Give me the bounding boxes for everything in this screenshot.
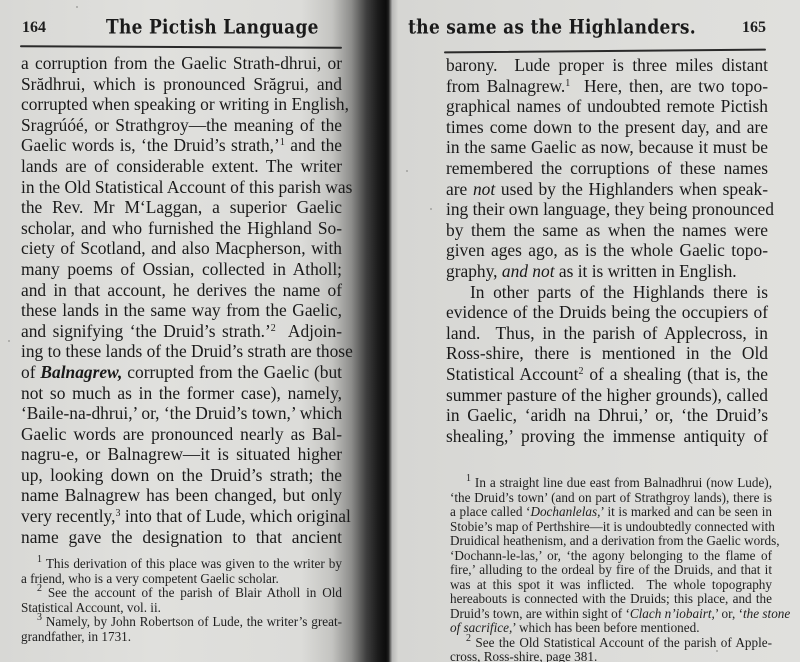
paper-speck [42,272,44,274]
text-line: from Balnagrew.1 Here, then, are two top… [446,76,768,97]
text-segment: Gaelic words is, ‘the Druid’s strath,’ [21,135,280,155]
text-line: graphical names of undoubted remote Pict… [446,96,768,117]
footnote-1-cont: Druid’s town, are within sight of ‘Clach… [450,607,772,622]
text-line: summer pasture of the higher grounds), c… [446,385,768,406]
left-footnotes: 1 This derivation of this place was give… [21,557,342,644]
text-line: Srădhrui, which is pronounced Srăgrui, a… [21,74,342,95]
left-page: 164 The Pictish Language a corruption fr… [0,0,386,662]
paper-speck [416,24,418,26]
text-line: in the same Gaelic as now, because it mu… [446,137,768,158]
paper-speck [430,208,432,210]
right-body-text: barony. Lude proper is three miles dista… [446,55,768,446]
footnote-2-cont: Statistical Account, vol. ii. [21,601,342,616]
text-line: ‘Baile-na-dhrui,’ or, ‘the Druid’s town,… [21,403,342,424]
text-line: nagru-e, or Balnagrew—it is situated hig… [21,444,342,465]
italic-emphasis: not [473,179,495,199]
text-line: ing their own language, they being prono… [446,199,768,220]
paper-speck [76,6,78,8]
italic-gaelic-phrase: Clach n’iobairt, [630,606,715,621]
text-segment: used by the Highlanders when speak- [495,179,768,199]
text-line: scholar, and who furnished the Highland … [21,218,342,239]
text-segment: into that of Lude, which original [120,506,350,526]
footnote-text: In a straight line due east from Balnadh… [475,475,772,490]
text-segment: very recently, [21,506,115,526]
text-line: name Balnagrew has been changed, but onl… [21,485,342,506]
footnote-marker: 1 [37,554,42,565]
header-rule [444,49,766,54]
footnote-1-cont: Druidical heathenism, and a derivation f… [450,534,772,549]
left-running-head: 164 The Pictish Language [22,16,342,44]
text-segment: Adjoin- [276,321,342,341]
left-body-text: a corruption from the Gaelic Strath-dhru… [21,53,342,547]
footnote-2: 2 See the account of the parish of Blair… [21,586,342,601]
footnote-1-cont: ‘the Druid’s town’ (and on part of Strat… [450,491,772,506]
text-line: many poems of Ossian, collected in Athol… [21,259,342,280]
text-line: ciety of Scotland, and also Macpherson, … [21,238,342,259]
footnote-1-cont: a friend, who is a very competent Gaelic… [21,572,342,587]
footnote-text: ’ it is marked and can be seen in [600,504,772,519]
text-line: in the Old Statistical Account of this p… [21,177,342,198]
text-line: these lands in the same way from the Gae… [21,300,342,321]
footnote-1-cont: of sacrifice,’ which has been before men… [450,621,772,636]
italic-place-name: Dochanlelas, [530,504,600,519]
text-line: Ross-shire, there is mentioned in the Ol… [446,343,768,364]
text-line: and signifying ‘the Druid’s strath.’2 Ad… [21,321,342,342]
footnote-3-cont: grandfather, in 1731. [21,630,342,645]
footnote-text: Namely, by John Robertson of Lude, the w… [46,614,342,629]
text-line: corrupted when speaking or writing in En… [21,94,342,115]
text-line: Gaelic words are pronounced nearly as Ba… [21,424,342,445]
text-line: given ages ago, as is the whole Gaelic t… [446,240,768,261]
footnote-1-cont: ‘Dochann-le-las,’ or, ‘the agony belongi… [450,549,772,564]
text-line: by them the same as when the names were [446,220,768,241]
paper-speck [716,650,718,652]
footnote-1-cont: Stobie’s map of Perthshire—it is undoubt… [450,520,772,535]
text-line: not so much as in the former case), name… [21,383,342,404]
paper-speck [8,340,10,342]
paragraph-start: In other parts of the Highlands there is [446,282,768,303]
page-number: 165 [742,19,766,37]
footnote-text: See the account of the parish of Blair A… [48,585,342,600]
paper-speck [406,170,408,172]
right-running-head: the same as the Highlanders. 165 [444,16,766,44]
text-line: in Gaelic, ‘aridh na Dhrui,’ or, ‘the Dr… [446,405,768,426]
text-line: times come down to the present day, and … [446,117,768,138]
footnote-marker: 1 [466,473,471,484]
footnote-3: 3 Namely, by John Robertson of Lude, the… [21,615,342,630]
italic-translation: of sacrifice, [450,620,512,635]
text-segment: are [446,179,467,199]
footnote-text: Druid’s town, are within sight of ‘ [450,606,630,621]
text-line: the Rev. Mr M‘Laggan, a superior Gaelic [21,197,342,218]
right-footnotes: 1 In a straight line due east from Balna… [450,476,772,662]
footnote-text: ’ which has been before mentioned. [512,620,699,635]
text-line: very recently,3 into that of Lude, which… [21,506,342,527]
footnote-marker: 3 [37,612,42,623]
text-line: ing to these lands of the Druid’s strath… [21,341,342,362]
text-line: name gave the designation to that ancien… [21,527,342,548]
footnote-1-cont: was at this spot it was inflicted. The w… [450,578,772,593]
header-rule [20,45,342,48]
text-line: Gaelic words is, ‘the Druid’s strath,’1 … [21,135,342,156]
text-line: lands are of considerable extent. The wr… [21,156,342,177]
text-line: evidence of the Druids being the occupie… [446,302,768,323]
text-line: up, looking down on the Druid’s strath; … [21,465,342,486]
footnote-text: a place called ‘ [450,504,530,519]
text-segment: and the [285,135,342,155]
page-number: 164 [22,19,46,37]
text-segment: Here, then, are two topo- [570,76,768,96]
footnote-1-cont: hereabouts is connected with the Druids;… [450,592,772,607]
italic-translation: the stone [743,606,790,621]
text-line: land. Thus, in the parish of Applecross,… [446,323,768,344]
text-segment: as it is written in English. [555,261,737,281]
text-line: are not used by the Highlanders when spe… [446,179,768,200]
running-head-title: the same as the Highlanders. [408,16,696,39]
text-line: of Balnagrew, corrupted from the Gaelic … [21,362,342,383]
text-segment: corrupted from the Gaelic (but [122,362,342,382]
text-line: a corruption from the Gaelic Strath-dhru… [21,53,342,74]
text-line: and in that account, he derives the name… [21,280,342,301]
footnote-1: 1 In a straight line due east from Balna… [450,476,772,491]
text-segment: from Balnagrew. [446,76,565,96]
text-line: remembered the corruptions of these name… [446,158,768,179]
footnote-marker: 2 [466,633,471,644]
footnote-text: ’ or, ‘ [715,606,743,621]
footnote-text: See the Old Statistical Account of the p… [475,635,772,650]
book-spread: 164 The Pictish Language a corruption fr… [0,0,800,662]
text-segment: of [21,362,36,382]
italic-emphasis: and not [502,261,555,281]
text-line: Sragrúóé, or Strathgroy—the meaning of t… [21,115,342,136]
right-page: the same as the Highlanders. 165 barony.… [386,0,800,662]
text-segment: and signifying ‘the Druid’s strath.’ [21,321,271,341]
footnote-text: This derivation of this place was given … [46,556,342,571]
text-line: graphy, and not as it is written in Engl… [446,261,768,282]
footnote-1-cont: fire,’ alluding to the ordeal by fire of… [450,563,772,578]
footnote-marker: 2 [37,583,42,594]
footnote-1: 1 This derivation of this place was give… [21,557,342,572]
text-segment: Statistical Account [446,364,578,384]
italic-place-name: Balnagrew, [40,362,122,382]
text-line: barony. Lude proper is three miles dista… [446,55,768,76]
text-segment: graphy, [446,261,498,281]
text-line: Statistical Account2 of a shealing (that… [446,364,768,385]
footnote-2-cont: cross, Ross-shire, page 381. [450,650,772,662]
text-segment: of a shealing (that is, the [583,364,768,384]
footnote-2: 2 See the Old Statistical Account of the… [450,636,772,651]
text-line: shealing,’ proving the immense antiquity… [446,426,768,447]
footnote-1-cont: a place called ‘Dochanlelas,’ it is mark… [450,505,772,520]
running-head-title: The Pictish Language [106,16,319,39]
